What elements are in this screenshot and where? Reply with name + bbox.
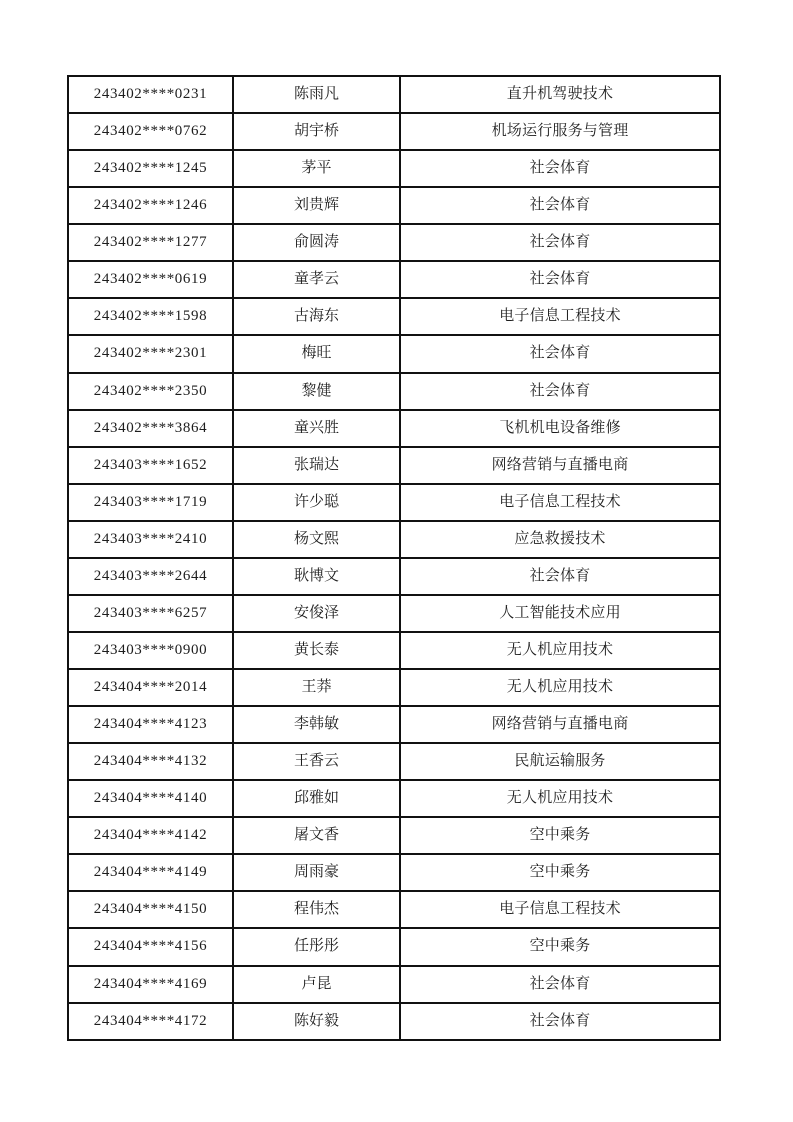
table-row: 243404****4140 邱雅如 无人机应用技术 xyxy=(68,780,720,817)
table-row: 243404****4123 李韩敏 网络营销与直播电商 xyxy=(68,706,720,743)
major-cell: 直升机驾驶技术 xyxy=(400,76,720,113)
student-name-cell: 俞圆涛 xyxy=(233,224,400,261)
exam-id-cell: 243402****0231 xyxy=(68,76,233,113)
exam-id-cell: 243402****1246 xyxy=(68,187,233,224)
student-name-cell: 茅平 xyxy=(233,150,400,187)
student-name-cell: 古海东 xyxy=(233,298,400,335)
student-name-cell: 陈好毅 xyxy=(233,1003,400,1040)
major-cell: 电子信息工程技术 xyxy=(400,298,720,335)
major-cell: 社会体育 xyxy=(400,335,720,372)
table-row: 243402****3864 童兴胜 飞机机电设备维修 xyxy=(68,410,720,447)
major-cell: 应急救援技术 xyxy=(400,521,720,558)
exam-id-cell: 243404****4172 xyxy=(68,1003,233,1040)
student-name-cell: 童兴胜 xyxy=(233,410,400,447)
major-cell: 无人机应用技术 xyxy=(400,669,720,706)
major-cell: 网络营销与直播电商 xyxy=(400,706,720,743)
exam-id-cell: 243403****2644 xyxy=(68,558,233,595)
table-row: 243402****0762 胡宇桥 机场运行服务与管理 xyxy=(68,113,720,150)
student-name-cell: 黄长泰 xyxy=(233,632,400,669)
exam-id-cell: 243403****1652 xyxy=(68,447,233,484)
major-cell: 社会体育 xyxy=(400,1003,720,1040)
exam-id-cell: 243402****0762 xyxy=(68,113,233,150)
major-cell: 空中乘务 xyxy=(400,928,720,965)
exam-id-cell: 243402****1598 xyxy=(68,298,233,335)
major-cell: 社会体育 xyxy=(400,966,720,1003)
exam-id-cell: 243402****2301 xyxy=(68,335,233,372)
table-row: 243402****2301 梅旺 社会体育 xyxy=(68,335,720,372)
table-row: 243403****1652 张瑞达 网络营销与直播电商 xyxy=(68,447,720,484)
student-name-cell: 刘贵辉 xyxy=(233,187,400,224)
table-row: 243402****1245 茅平 社会体育 xyxy=(68,150,720,187)
table-row: 243403****0900 黄长泰 无人机应用技术 xyxy=(68,632,720,669)
student-name-cell: 许少聪 xyxy=(233,484,400,521)
major-cell: 社会体育 xyxy=(400,261,720,298)
exam-id-cell: 243404****4140 xyxy=(68,780,233,817)
student-name-cell: 张瑞达 xyxy=(233,447,400,484)
table-row: 243404****4149 周雨豪 空中乘务 xyxy=(68,854,720,891)
student-name-cell: 屠文香 xyxy=(233,817,400,854)
table-row: 243403****2644 耿博文 社会体育 xyxy=(68,558,720,595)
table-row: 243402****0231 陈雨凡 直升机驾驶技术 xyxy=(68,76,720,113)
exam-id-cell: 243403****2410 xyxy=(68,521,233,558)
student-name-cell: 王香云 xyxy=(233,743,400,780)
table-row: 243402****1598 古海东 电子信息工程技术 xyxy=(68,298,720,335)
table-row: 243403****1719 许少聪 电子信息工程技术 xyxy=(68,484,720,521)
exam-id-cell: 243402****1277 xyxy=(68,224,233,261)
major-cell: 民航运输服务 xyxy=(400,743,720,780)
exam-id-cell: 243403****0900 xyxy=(68,632,233,669)
major-cell: 人工智能技术应用 xyxy=(400,595,720,632)
exam-id-cell: 243402****0619 xyxy=(68,261,233,298)
student-name-cell: 王莽 xyxy=(233,669,400,706)
table-row: 243402****1277 俞圆涛 社会体育 xyxy=(68,224,720,261)
roster-table-container: 243402****0231 陈雨凡 直升机驾驶技术 243402****076… xyxy=(67,75,721,1041)
student-name-cell: 胡宇桥 xyxy=(233,113,400,150)
major-cell: 社会体育 xyxy=(400,224,720,261)
exam-id-cell: 243402****2350 xyxy=(68,373,233,410)
table-body: 243402****0231 陈雨凡 直升机驾驶技术 243402****076… xyxy=(68,76,720,1040)
exam-id-cell: 243404****4150 xyxy=(68,891,233,928)
student-name-cell: 李韩敏 xyxy=(233,706,400,743)
major-cell: 网络营销与直播电商 xyxy=(400,447,720,484)
table-row: 243404****2014 王莽 无人机应用技术 xyxy=(68,669,720,706)
student-roster-table: 243402****0231 陈雨凡 直升机驾驶技术 243402****076… xyxy=(67,75,721,1041)
table-row: 243404****4150 程伟杰 电子信息工程技术 xyxy=(68,891,720,928)
major-cell: 社会体育 xyxy=(400,187,720,224)
major-cell: 电子信息工程技术 xyxy=(400,484,720,521)
table-row: 243404****4132 王香云 民航运输服务 xyxy=(68,743,720,780)
student-name-cell: 卢昆 xyxy=(233,966,400,1003)
major-cell: 空中乘务 xyxy=(400,854,720,891)
student-name-cell: 任彤彤 xyxy=(233,928,400,965)
student-name-cell: 黎健 xyxy=(233,373,400,410)
major-cell: 社会体育 xyxy=(400,150,720,187)
exam-id-cell: 243402****1245 xyxy=(68,150,233,187)
major-cell: 机场运行服务与管理 xyxy=(400,113,720,150)
student-name-cell: 安俊泽 xyxy=(233,595,400,632)
exam-id-cell: 243404****4142 xyxy=(68,817,233,854)
table-row: 243402****2350 黎健 社会体育 xyxy=(68,373,720,410)
exam-id-cell: 243403****6257 xyxy=(68,595,233,632)
table-row: 243402****1246 刘贵辉 社会体育 xyxy=(68,187,720,224)
exam-id-cell: 243404****4156 xyxy=(68,928,233,965)
table-row: 243404****4142 屠文香 空中乘务 xyxy=(68,817,720,854)
student-name-cell: 杨文熙 xyxy=(233,521,400,558)
student-name-cell: 邱雅如 xyxy=(233,780,400,817)
table-row: 243403****2410 杨文熙 应急救援技术 xyxy=(68,521,720,558)
exam-id-cell: 243404****4169 xyxy=(68,966,233,1003)
major-cell: 无人机应用技术 xyxy=(400,632,720,669)
student-name-cell: 程伟杰 xyxy=(233,891,400,928)
table-row: 243402****0619 童孝云 社会体育 xyxy=(68,261,720,298)
student-name-cell: 陈雨凡 xyxy=(233,76,400,113)
student-name-cell: 童孝云 xyxy=(233,261,400,298)
major-cell: 社会体育 xyxy=(400,558,720,595)
student-name-cell: 梅旺 xyxy=(233,335,400,372)
major-cell: 飞机机电设备维修 xyxy=(400,410,720,447)
exam-id-cell: 243402****3864 xyxy=(68,410,233,447)
student-name-cell: 耿博文 xyxy=(233,558,400,595)
major-cell: 电子信息工程技术 xyxy=(400,891,720,928)
major-cell: 社会体育 xyxy=(400,373,720,410)
table-row: 243404****4172 陈好毅 社会体育 xyxy=(68,1003,720,1040)
major-cell: 无人机应用技术 xyxy=(400,780,720,817)
table-row: 243403****6257 安俊泽 人工智能技术应用 xyxy=(68,595,720,632)
student-name-cell: 周雨豪 xyxy=(233,854,400,891)
exam-id-cell: 243404****4123 xyxy=(68,706,233,743)
table-row: 243404****4169 卢昆 社会体育 xyxy=(68,966,720,1003)
exam-id-cell: 243404****4132 xyxy=(68,743,233,780)
exam-id-cell: 243404****4149 xyxy=(68,854,233,891)
exam-id-cell: 243403****1719 xyxy=(68,484,233,521)
table-row: 243404****4156 任彤彤 空中乘务 xyxy=(68,928,720,965)
exam-id-cell: 243404****2014 xyxy=(68,669,233,706)
document-page: 243402****0231 陈雨凡 直升机驾驶技术 243402****076… xyxy=(0,0,793,1122)
major-cell: 空中乘务 xyxy=(400,817,720,854)
